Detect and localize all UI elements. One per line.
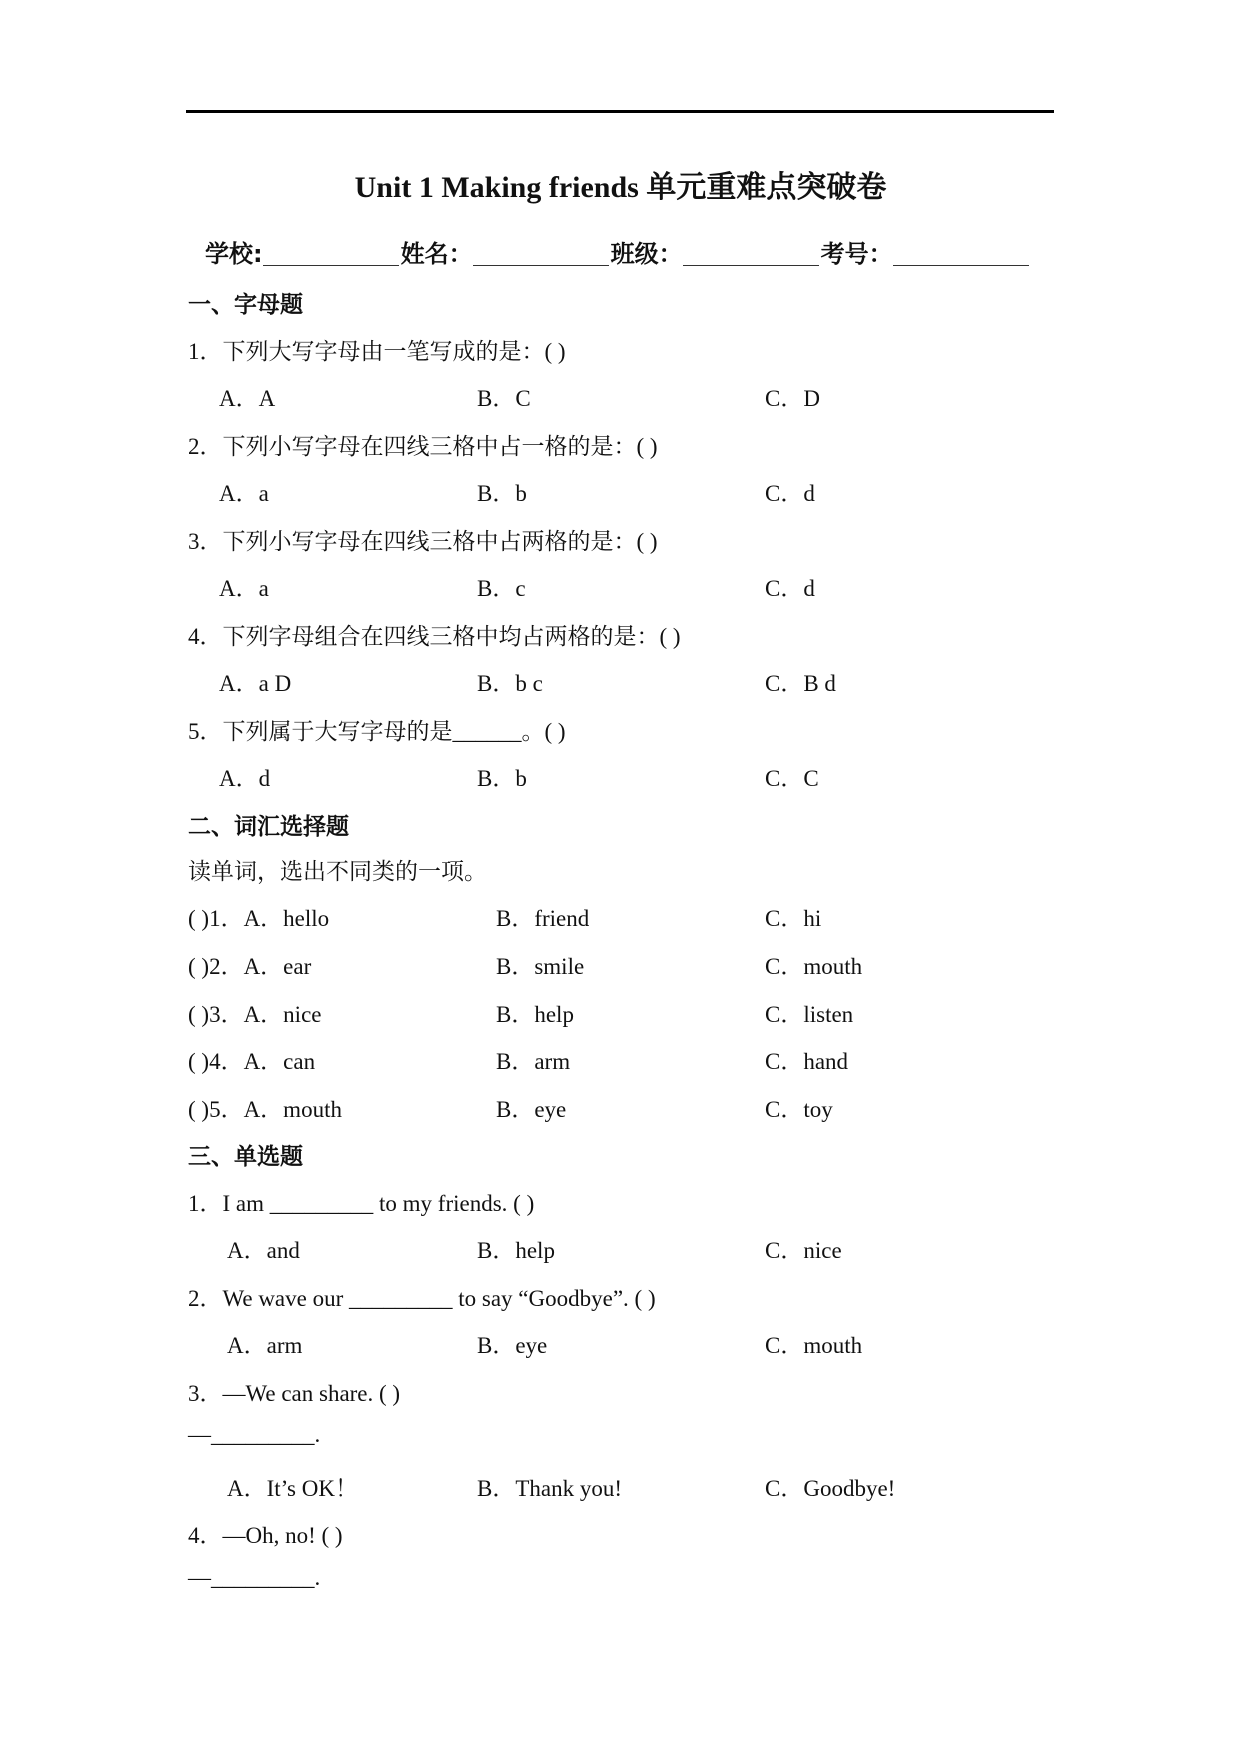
option-b[interactable]: B．Thank you! <box>477 1470 622 1503</box>
option-c[interactable]: C．B d <box>765 665 836 698</box>
question-text: 1．I am _________ to my friends. ( ) <box>188 1185 534 1218</box>
question-text: 4．下列字母组合在四线三格中均占两格的是：( ) <box>188 618 681 651</box>
school-label: 学校: <box>205 234 263 269</box>
name-label: 姓名： <box>401 234 473 269</box>
option-c[interactable]: C．nice <box>765 1232 842 1265</box>
question-text: 5．下列属于大写字母的是______。( ) <box>188 713 566 746</box>
class-label: 班级： <box>611 234 683 269</box>
answer-line[interactable]: —_________. <box>188 1422 320 1448</box>
school-field[interactable] <box>263 241 399 266</box>
page-title: Unit 1 Making friends 单元重难点突破卷 <box>0 162 1241 206</box>
option-c[interactable]: C．listen <box>765 996 853 1029</box>
option-c[interactable]: C．hand <box>765 1043 848 1076</box>
option-b[interactable]: B．b <box>477 760 527 793</box>
section-instruction: 读单词，选出不同类的一项。 <box>188 853 487 886</box>
option-a[interactable]: A．and <box>227 1232 300 1265</box>
option-a[interactable]: A．a D <box>219 665 291 698</box>
exam-number-field[interactable] <box>893 241 1029 266</box>
option-c[interactable]: C．mouth <box>765 1327 862 1360</box>
option-c[interactable]: C．d <box>765 570 815 603</box>
answer-line[interactable]: —_________. <box>188 1565 320 1591</box>
option-a[interactable]: A．a <box>219 475 269 508</box>
question-text: 2．We wave our _________ to say “Goodbye”… <box>188 1280 656 1313</box>
question-text: 4．—Oh, no! ( ) <box>188 1517 343 1550</box>
option-a[interactable]: A．A <box>219 380 275 413</box>
vocab-question-prefix[interactable]: ( )3．A．nice <box>188 996 322 1029</box>
option-a[interactable]: A．a <box>219 570 269 603</box>
option-c[interactable]: C．Goodbye! <box>765 1470 895 1503</box>
class-field[interactable] <box>683 241 819 266</box>
option-c[interactable]: C．mouth <box>765 948 862 981</box>
section-heading: 三、单选题 <box>188 1138 303 1171</box>
header-rule <box>186 110 1054 113</box>
vocab-question-prefix[interactable]: ( )4．A．can <box>188 1043 315 1076</box>
option-b[interactable]: B．C <box>477 380 531 413</box>
question-text: 1．下列大写字母由一笔写成的是：( ) <box>188 333 566 366</box>
option-b[interactable]: B．friend <box>496 900 589 933</box>
option-a[interactable]: A．arm <box>227 1327 302 1360</box>
option-b[interactable]: B．smile <box>496 948 584 981</box>
option-a[interactable]: A．d <box>219 760 270 793</box>
exam-number-label: 考号： <box>821 234 893 269</box>
option-c[interactable]: C．D <box>765 380 820 413</box>
option-b[interactable]: B．help <box>496 996 574 1029</box>
option-c[interactable]: C．C <box>765 760 819 793</box>
section-heading: 一、字母题 <box>188 286 303 319</box>
student-info-row: 学校:姓名：班级：考号： <box>205 234 1031 269</box>
option-b[interactable]: B．help <box>477 1232 555 1265</box>
option-b[interactable]: B．b c <box>477 665 543 698</box>
vocab-question-prefix[interactable]: ( )1．A．hello <box>188 900 329 933</box>
section-heading: 二、词汇选择题 <box>188 808 349 841</box>
option-a[interactable]: A．It’s OK！ <box>227 1470 358 1503</box>
option-c[interactable]: C．hi <box>765 900 821 933</box>
option-c[interactable]: C．d <box>765 475 815 508</box>
option-b[interactable]: B．c <box>477 570 526 603</box>
option-b[interactable]: B．b <box>477 475 527 508</box>
vocab-question-prefix[interactable]: ( )2．A．ear <box>188 948 311 981</box>
question-text: 3．下列小写字母在四线三格中占两格的是：( ) <box>188 523 658 556</box>
question-text: 3．—We can share. ( ) <box>188 1375 400 1408</box>
question-text: 2．下列小写字母在四线三格中占一格的是：( ) <box>188 428 658 461</box>
option-b[interactable]: B．arm <box>496 1043 570 1076</box>
option-c[interactable]: C．toy <box>765 1091 833 1124</box>
vocab-question-prefix[interactable]: ( )5．A．mouth <box>188 1091 342 1124</box>
option-b[interactable]: B．eye <box>477 1327 547 1360</box>
name-field[interactable] <box>473 241 609 266</box>
option-b[interactable]: B．eye <box>496 1091 566 1124</box>
